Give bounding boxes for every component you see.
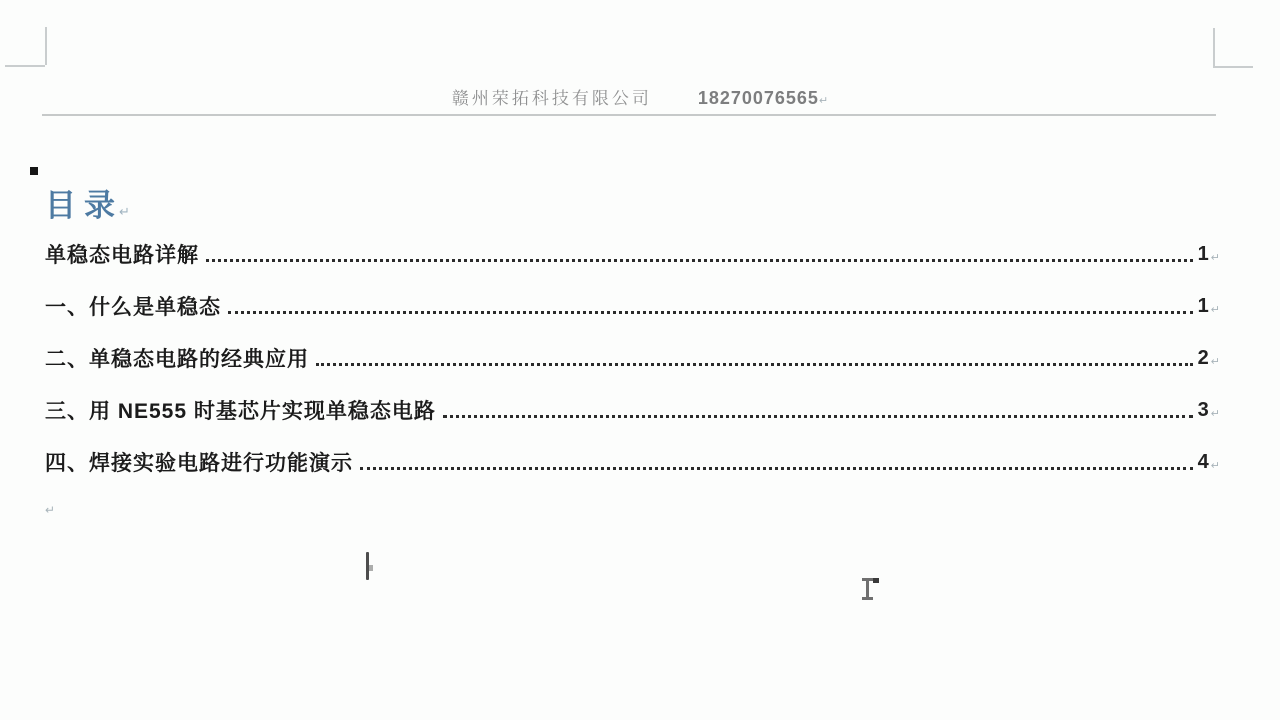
toc-dot-leader: [228, 311, 1193, 314]
toc-entry-page-number: 1: [1198, 243, 1209, 266]
ibeam-serif: [862, 597, 873, 600]
paragraph-mark-icon: ↵: [1211, 407, 1220, 420]
toc-entry[interactable]: 四、焊接实验电路进行功能演示 4 ↵: [45, 436, 1220, 488]
outline-bullet-icon: [30, 167, 38, 175]
crop-mark-line: [1213, 66, 1253, 68]
paragraph-mark-icon: ↵: [1211, 355, 1220, 368]
toc-entry-label: 二、单稳态电路的经典应用: [45, 343, 309, 373]
crop-mark-line: [5, 65, 45, 67]
ibeam-cursor-icon: [862, 578, 876, 600]
margin-crop-mark-top-left: [5, 27, 47, 67]
paragraph-mark-icon: ↵: [45, 503, 55, 517]
toc-entry-label: 一、什么是单稳态: [45, 291, 221, 321]
crop-mark-line: [45, 27, 47, 65]
toc-entry-label: 三、用 NE555 时基芯片实现单稳态电路: [45, 395, 436, 425]
toc-dot-leader: [360, 467, 1193, 470]
ibeam-stem: [866, 580, 869, 598]
document-page: 赣州荣拓科技有限公司 18270076565↵ 目录 ↵ 单稳态电路详解 1 ↵…: [0, 0, 1280, 720]
header-divider-line: [42, 114, 1216, 116]
ibeam-direction-flag: [873, 578, 879, 583]
toc-entry[interactable]: 单稳态电路详解 1 ↵: [45, 228, 1220, 280]
page-header[interactable]: 赣州荣拓科技有限公司 18270076565↵: [0, 84, 1280, 109]
toc-entry-page-number: 3: [1198, 399, 1209, 422]
toc-dot-leader: [316, 363, 1193, 366]
toc-dot-leader: [206, 259, 1193, 262]
toc-dot-leader: [443, 415, 1193, 418]
paragraph-mark-icon: ↵: [1211, 251, 1220, 264]
toc-title: 目录: [45, 180, 123, 225]
toc-entry[interactable]: 二、单稳态电路的经典应用 2 ↵: [45, 332, 1220, 384]
paragraph-mark-icon: ↵: [119, 204, 130, 220]
toc-title-row[interactable]: 目录 ↵: [45, 180, 130, 225]
table-of-contents: 单稳态电路详解 1 ↵ 一、什么是单稳态 1 ↵ 二、单稳态电路的经典应用 2 …: [45, 228, 1220, 488]
paragraph-mark-icon: ↵: [819, 95, 828, 107]
paragraph-mark-icon: ↵: [1211, 303, 1220, 316]
header-phone-text: 18270076565: [698, 88, 819, 108]
margin-crop-mark-top-right: [1213, 28, 1255, 68]
toc-entry-label: 单稳态电路详解: [45, 239, 199, 269]
text-caret: [366, 552, 369, 580]
paragraph-mark-icon: ↵: [1211, 459, 1220, 472]
header-company-text: 赣州荣拓科技有限公司: [452, 84, 652, 109]
toc-entry[interactable]: 一、什么是单稳态 1 ↵: [45, 280, 1220, 332]
toc-entry-page-number: 4: [1198, 451, 1209, 474]
toc-entry[interactable]: 三、用 NE555 时基芯片实现单稳态电路 3 ↵: [45, 384, 1220, 436]
toc-entry-label: 四、焊接实验电路进行功能演示: [45, 447, 353, 477]
crop-mark-line: [1213, 28, 1215, 66]
toc-entry-page-number: 2: [1198, 347, 1209, 370]
toc-entry-page-number: 1: [1198, 295, 1209, 318]
